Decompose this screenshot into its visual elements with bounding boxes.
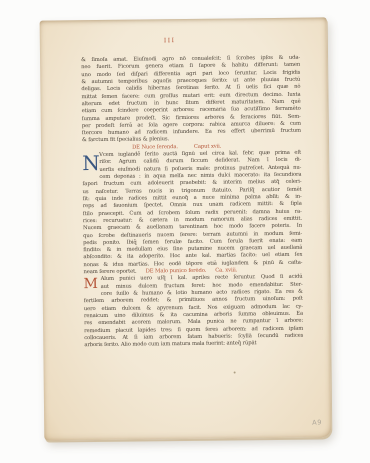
photograph-background: III & ſimoſa amat. Eiuſmodi agro nō conu… [0,0,370,463]
chapter-heading-number: Caput xvii. [178,143,221,149]
paragraph-with-initial: NVcem iuglandē ſerito auctā ſignū uel ci… [82,150,301,174]
chapter-heading-title: DE Nuce ſerenda. [82,144,178,151]
folio-number: III [164,37,204,44]
illuminated-initial-n: N [82,153,97,175]
book-page: III & ſimoſa amat. Eiuſmodi agro nō conu… [40,17,332,440]
paper-speck [234,371,236,373]
paragraph-end-text: neam ſerere oportet. [83,269,136,276]
chapter-heading-title: DE Malo punico ferēdo. [137,268,207,275]
text-line: arboris ſerito. Alio modo cum iam matura… [84,340,303,350]
illuminated-initial-m: M [84,277,99,291]
text-block: & ſimoſa amat. Eiuſmodi agro nō conualeſ… [81,55,303,350]
chapter-heading-number: Ca. xviii. [206,267,237,273]
pencil-annotation: A9 [312,418,322,426]
